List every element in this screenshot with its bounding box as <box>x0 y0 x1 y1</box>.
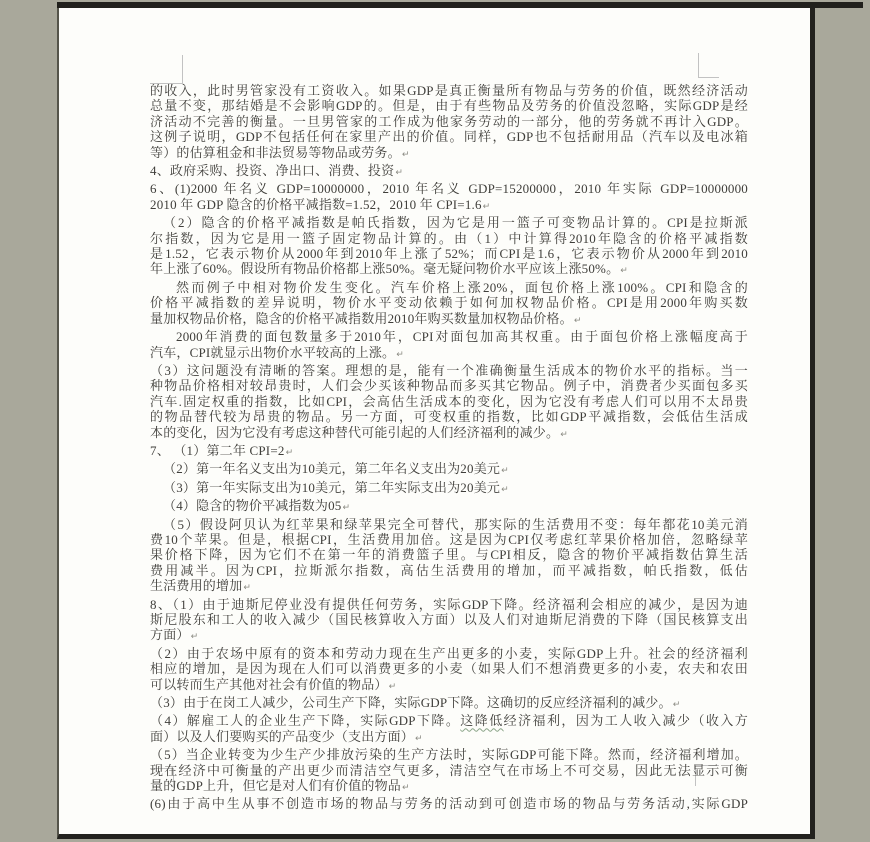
text-line: 4、政府采购、投资、净出口、消费、投资↵ <box>150 163 748 181</box>
text-line: （3）由于在岗工人减少，公司生产下降，实际GDP下降。这确切的反应经济福利的减少… <box>150 695 748 713</box>
text-line: 8、（1）由于迪斯尼停业没有提供任何劳务，实际GDP下降。经济福利会相应的减少，… <box>150 597 748 612</box>
text-line: 相应的增加，是因为现在人们可以消费更多的小麦（如果人们不想消费更多的小麦，农夫和… <box>150 661 748 676</box>
text-line: 费用减半。因为CPI，拉斯派尔指数，高估生活费用的增加，而平减指数，帕氏指数，低… <box>150 563 748 578</box>
text-line: 果价格下降，因为它们不在第一年的消费篮子里。与CPI相反，隐含的物价平减指数估算… <box>150 547 748 562</box>
text-line: （4）解雇工人的企业生产下降，实际GDP下降。这降低经济福利，因为工人收入减少（… <box>150 713 748 728</box>
text-line: 斯尼股东和工人的收入减少（国民核算收入方面）以及人们对迪斯尼消费的下降（国民核算… <box>150 612 748 627</box>
text-line: 方面）↵ <box>150 627 748 645</box>
text-line: 本的变化，因为它没有考虑这种替代可能引起的人们经济福利的减少。↵ <box>150 425 748 443</box>
paragraph-mark: ↵ <box>396 350 404 360</box>
text-line: 面）以及人们要购买的产品变少（支出方面）↵ <box>150 729 748 747</box>
text-line: 济活动不完善的衡量。一旦男管家的工作成为他家务劳动的一部分，他的劳务就不再计入G… <box>150 114 748 129</box>
text-line: (6)由于高中生从事不创造市场的物品与劳务的活动到可创造市场的物品与劳务活动,实… <box>150 796 748 811</box>
text-line: 2010 年 GDP 隐含的价格平减指数=1.52，2010 年 CPI=1.6… <box>150 197 748 215</box>
paragraph-mark: ↵ <box>395 168 403 178</box>
text-line: （5）当企业转变为少生产少排放污染的生产方法时，实际GDP可能下降。然而，经济福… <box>150 747 748 762</box>
text-line: 可以转而生产其他对社会有价值的物品）↵ <box>150 677 748 695</box>
paragraph-mark: ↵ <box>286 448 294 458</box>
paragraph-mark: ↵ <box>191 632 199 642</box>
text-line: （3）这问题没有清晰的答案。理想的是，能有一个准确衡量生活成本的物价水平的指标。… <box>150 363 748 378</box>
paragraph-mark: ↵ <box>501 485 509 495</box>
text-line: （2）第一年名义支出为10美元，第二年名义支出为20美元↵ <box>150 461 748 479</box>
paragraph-mark: ↵ <box>560 430 568 440</box>
paragraph-mark: ↵ <box>415 734 423 744</box>
text-line: 量加权物品价格，隐含的价格平减指数用2010年购买数量加权物品价格。↵ <box>150 311 748 329</box>
text-line: 价格平减指数的差异说明，物价水平变动依赖于如何加权物品价格。CPI是用2000年… <box>150 295 748 310</box>
text-line: （4）隐含的物价平减指数为05↵ <box>150 498 748 516</box>
text-line: 现在经济中可衡量的产出更少而清洁空气更多，清洁空气在市场上不可交易，因此无法显示… <box>150 763 748 778</box>
paragraph-mark: ↵ <box>402 150 410 160</box>
text-line: 2000年消费的面包数量多于2010年，CPI对面包加高其权重。由于面包价格上涨… <box>150 329 748 344</box>
text-line: 种物品价格相对较昂贵时，人们会少买该种物品而多买其它物品。例子中，消费者少买面包… <box>150 378 748 393</box>
squiggle-underlined-text: 这降低 <box>460 713 503 728</box>
text-line: 汽车，CPI就显示出物价水平较高的上涨。↵ <box>150 345 748 363</box>
crop-mark-top-left <box>150 55 183 84</box>
text-line: 这例子说明，GDP不包括任何在家里产出的价值。同样，GDP也不包括耐用品（汽车以… <box>150 129 748 144</box>
paragraph-mark: ↵ <box>343 503 351 513</box>
paragraph-mark: ↵ <box>483 202 491 212</box>
text-line: 的物品替代较为昂贵的物品。另一方面，可变权重的指数，比如GDP平减指数，会低估生… <box>150 409 748 424</box>
text-line: 总量不变，那结婚是不会影响GDP的。但是，由于有些物品及劳务的价值没忽略，实际G… <box>150 98 748 113</box>
text-line: （2）隐含的价格平减指数是帕氏指数，因为它是用一篮子可变物品计算的。CPI是拉斯… <box>150 215 748 230</box>
paragraph-mark: ↵ <box>574 316 582 326</box>
paragraph-mark: ↵ <box>389 682 397 692</box>
paragraph-mark: ↵ <box>620 266 628 276</box>
text-line: 是1.52，它表示物价从2000年到2010年上涨了52%；而CPI是1.6，它… <box>150 246 748 261</box>
text-line: 汽车.固定权重的指数，比如CPI，会高估生活成本的变化，因为它没有考虑人们可以用… <box>150 394 748 409</box>
paragraph-mark: ↵ <box>501 466 509 476</box>
text-line: 年上涨了60%。假设所有物品价格都上涨50%。毫无疑问物价水平应该上涨50%。↵ <box>150 261 748 279</box>
text-line: 6、(1)2000 年名义 GDP=10000000，2010 年名义 GDP=… <box>150 181 748 196</box>
paragraph-mark: ↵ <box>402 783 410 793</box>
text-line: 7、 （1）第二年 CPI=2↵ <box>150 443 748 461</box>
text-line: 等）的估算租金和非法贸易等物品或劳务。↵ <box>150 145 748 163</box>
paragraph-mark: ↵ <box>243 583 251 593</box>
document-text: 的收入，此时男管家没有工资收入。如果GDP是真正衡量所有物品与劳务的价值，既然经… <box>150 83 748 812</box>
text-line: 然而例子中相对物价发生变化。汽车价格上涨20%，面包价格上涨100%。CPI和隐… <box>150 280 748 295</box>
text-line: （3）第一年实际支出为10美元，第二年实际支出为20美元↵ <box>150 480 748 498</box>
text-line: 费10个苹果。但是，根据CPI，生活费用加倍。这是因为CPI仅考虑红苹果价格加倍… <box>150 532 748 547</box>
text-line: （5）假设阿贝认为红苹果和绿苹果完全可替代，那实际的生活费用不变：每年都花10美… <box>150 517 748 532</box>
crop-mark-top-right <box>698 53 719 78</box>
document-viewer: 的收入，此时男管家没有工资收入。如果GDP是真正衡量所有物品与劳务的价值，既然经… <box>0 0 870 842</box>
text-line: 尔指数，因为它是用一篮子固定物品计算的。由（1）中计算得2010年隐含的价格平减… <box>150 231 748 246</box>
text-line: 量的GDP上升，但它是对人们有价值的物品↵ <box>150 778 748 796</box>
text-line: 的收入，此时男管家没有工资收入。如果GDP是真正衡量所有物品与劳务的价值，既然经… <box>150 83 748 98</box>
text-line: （2）由于农场中原有的资本和劳动力现在生产出更多的小麦，实际GDP上升。社会的经… <box>150 646 748 661</box>
text-line: 生活费用的增加↵ <box>150 578 748 596</box>
paragraph-mark: ↵ <box>673 700 681 710</box>
